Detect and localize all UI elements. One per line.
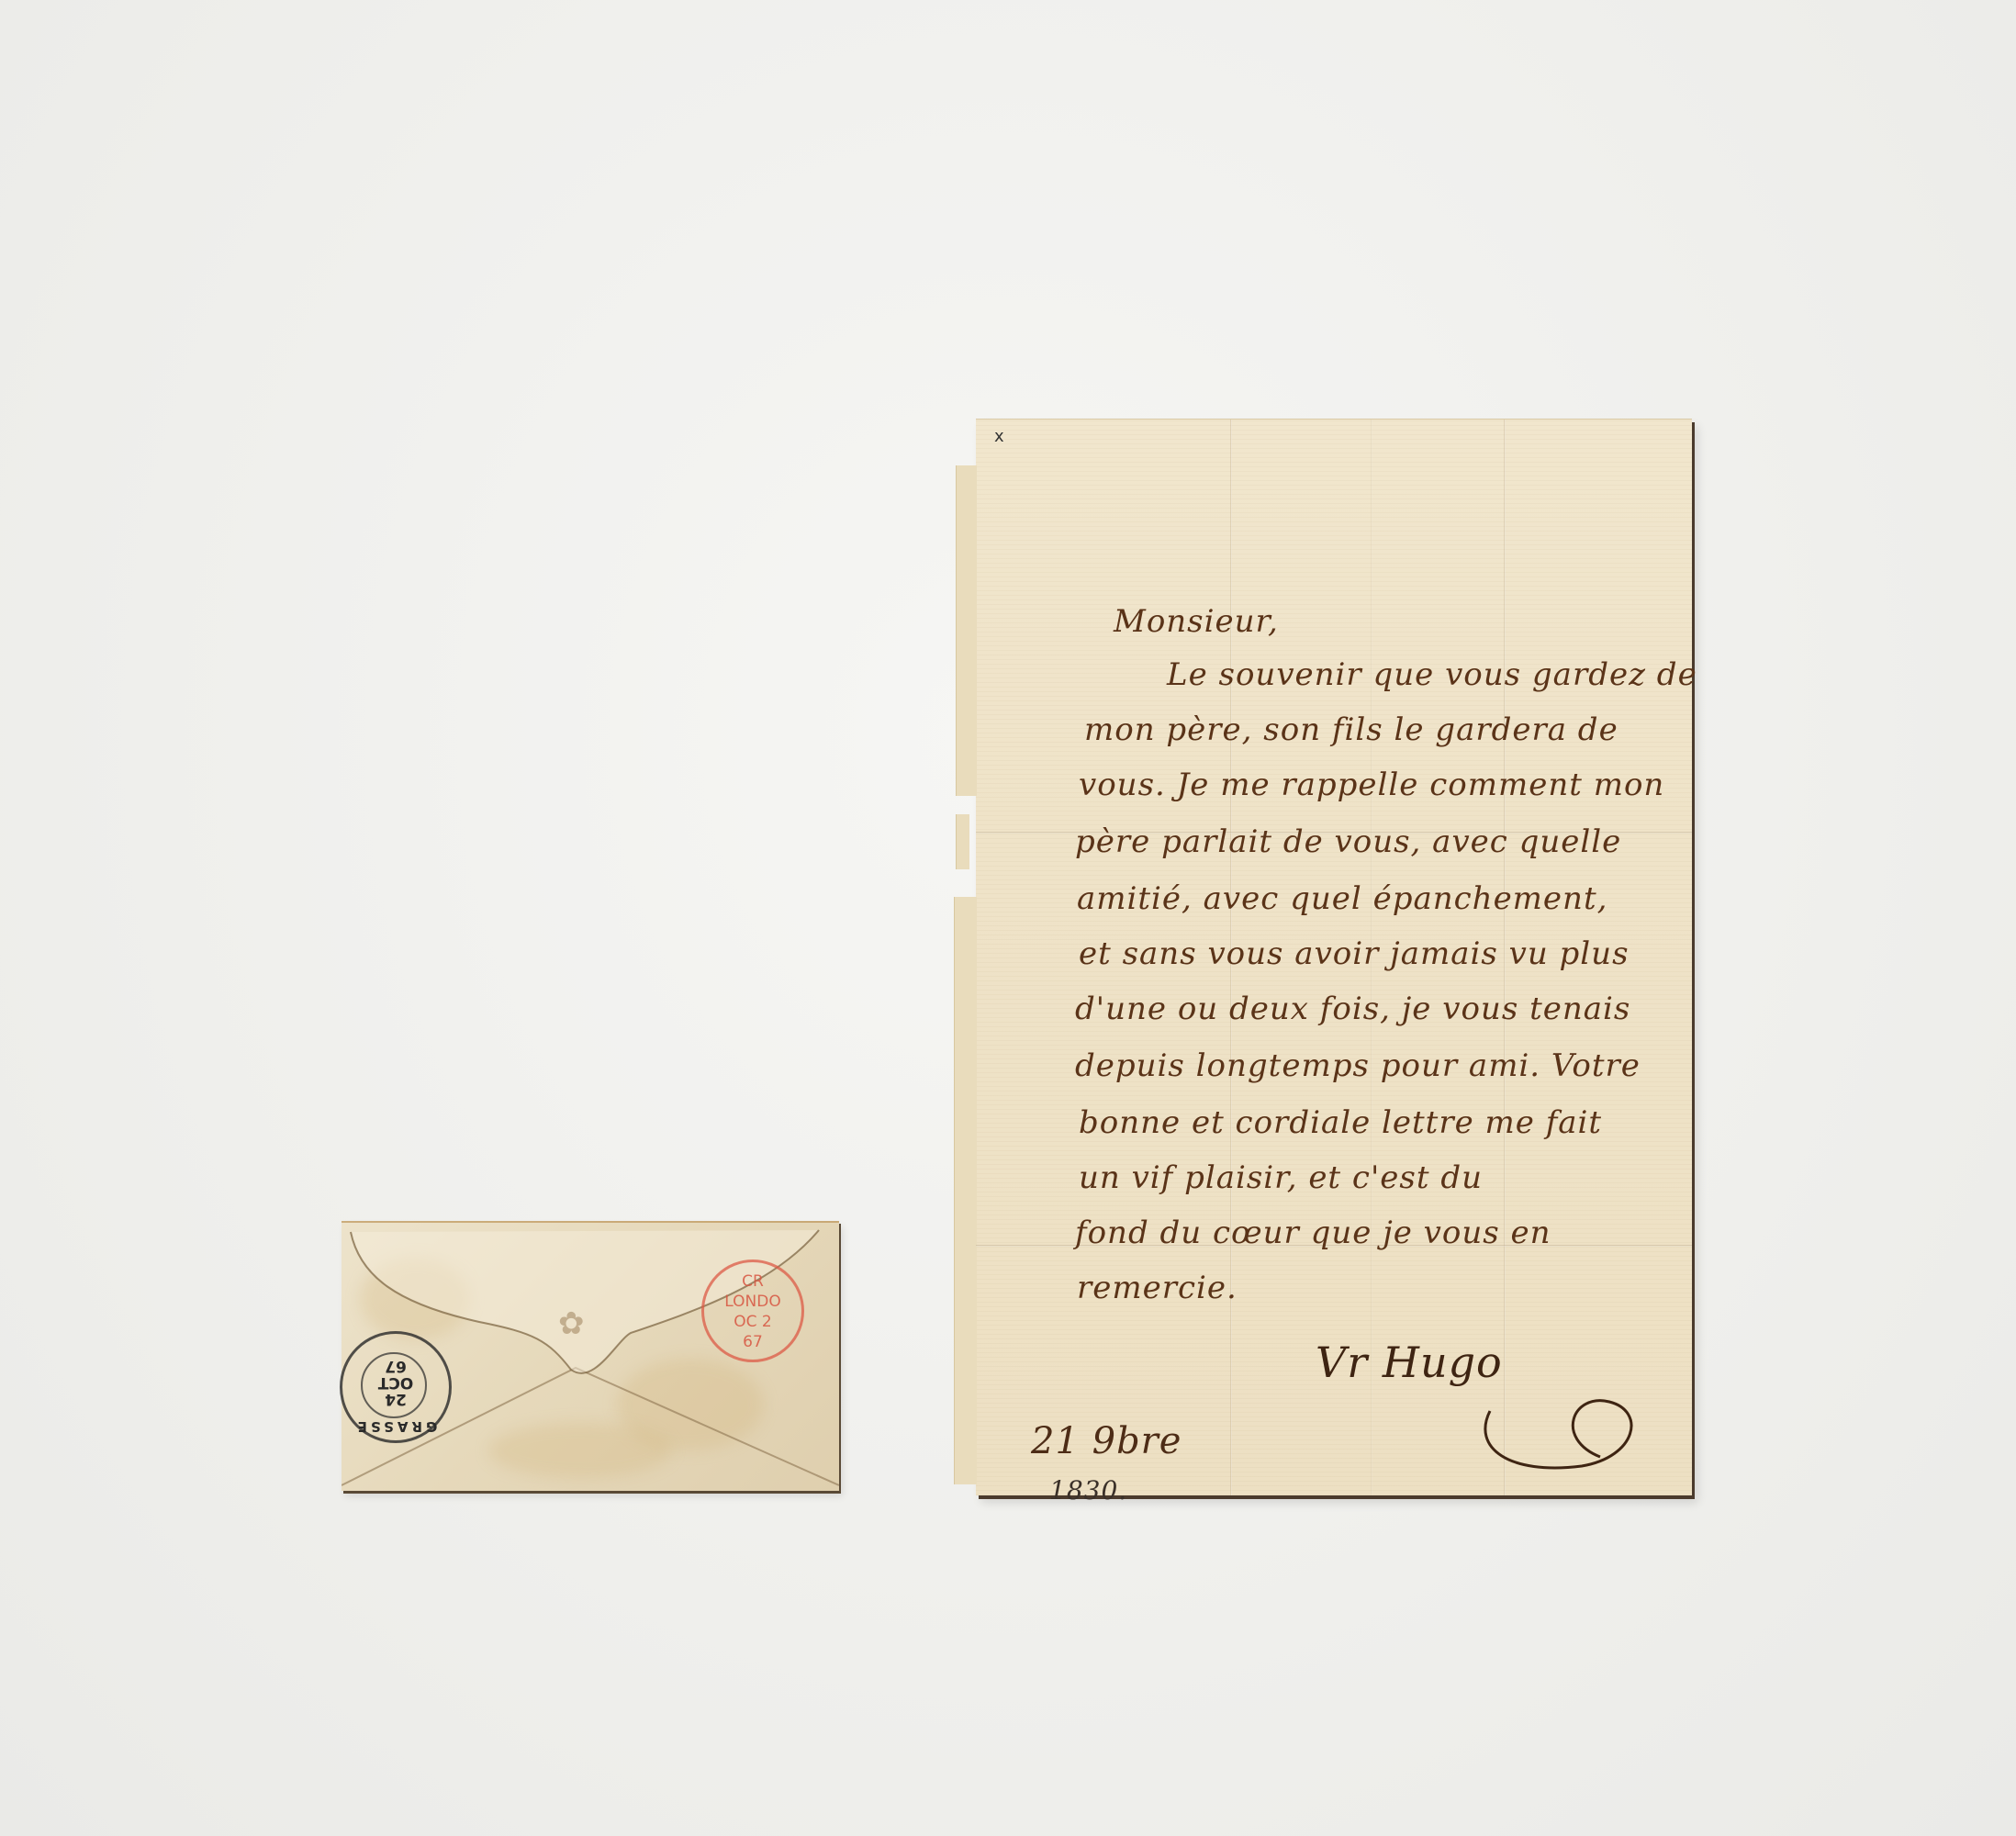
torn-edge-strip-lower [954,897,977,1484]
postmark-town: GRASSE [342,1418,449,1435]
torn-edge-tab [956,814,969,869]
letter-line-10: un vif plaisir, et c'est du [1079,1159,1483,1196]
letter-line-5: amitié, avec quel épanchement, [1077,880,1607,917]
postmark-red-line-4: 67 [704,1332,801,1352]
letter-line-4: père parlait de vous, avec quelle [1075,823,1621,860]
handwritten-letter: x Monsieur, Le souvenir que vous gardez … [976,419,1692,1495]
postmark-red-line-1: CR [704,1271,801,1292]
letter-line-1: Le souvenir que vous gardez de [1167,656,1697,693]
torn-edge-strip-upper [956,465,977,796]
signature-flourish [1472,1383,1655,1484]
postmark-day: 24 [342,1391,449,1407]
letter-line-8: depuis longtemps pour ami. Votre [1075,1047,1641,1084]
letter-line-11: fond du cœur que je vous en [1075,1215,1551,1251]
letter-line-7: d'une ou deux fois, je vous tenais [1075,991,1630,1027]
letter-line-12: remercie. [1077,1270,1238,1306]
letter-line-9: bonne et cordiale lettre me fait [1079,1104,1602,1141]
corner-x-mark: x [994,427,1004,446]
date-line: 21 9bre [1031,1420,1182,1462]
postmark-london-red: CR LONDO OC 2 67 [701,1259,804,1362]
postmark-year: 67 [342,1358,449,1374]
letter-line-2: mon père, son fils le gardera de [1084,711,1618,748]
postmark-red-line-3: OC 2 [704,1312,801,1332]
envelope-back: ✿ CR LONDO OC 2 67 GRASSE 24 OCT 67 [342,1221,839,1491]
postmark-date: 24 OCT 67 [342,1358,449,1407]
embossed-floral-seal-icon: ✿ [558,1305,585,1342]
letter-line-6: et sans vous avoir jamais vu plus [1079,935,1630,972]
year-annotation: 1830. [1049,1475,1127,1506]
postmark-grasse-black: GRASSE 24 OCT 67 [340,1331,452,1443]
postmark-month: OCT [342,1374,449,1391]
letter-line-3: vous. Je me rappelle comment mon [1079,767,1664,803]
signature: Vr Hugo [1316,1338,1503,1387]
postmark-red-line-2: LONDO [704,1292,801,1312]
salutation: Monsieur, [1114,603,1279,640]
